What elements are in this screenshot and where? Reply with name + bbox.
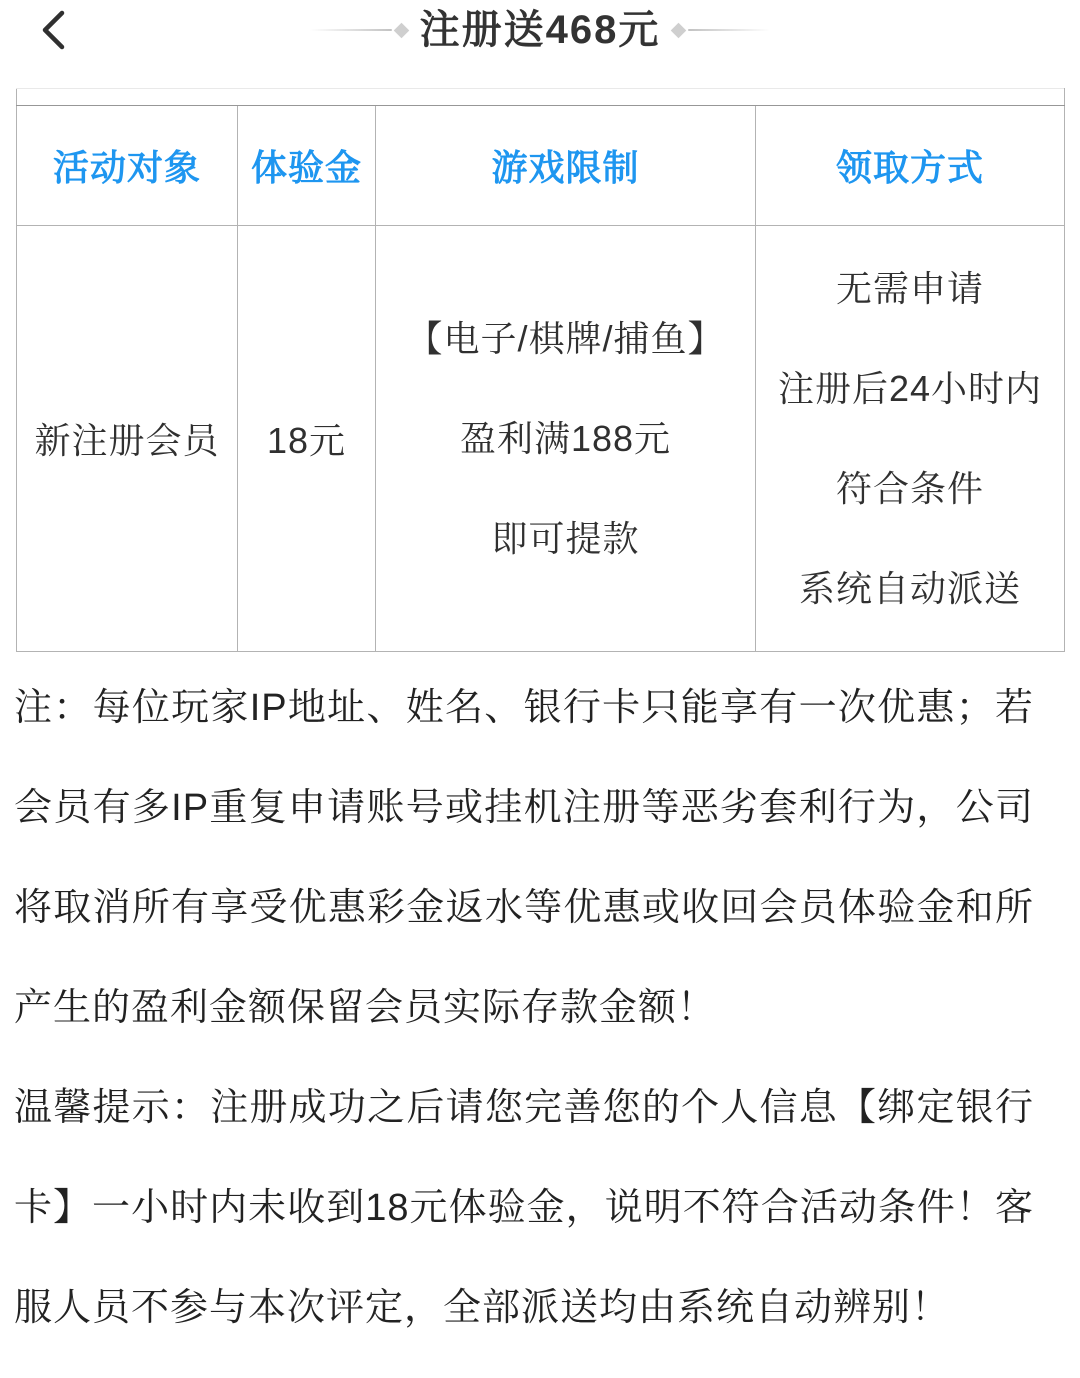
game-limit-line: 盈利满188元 [376, 389, 755, 489]
diamond-icon [671, 22, 687, 38]
promo-table: 活动对象 体验金 游戏限制 领取方式 新注册会员 18元 【电子/棋牌/捕鱼】 … [16, 88, 1065, 652]
col-header-bonus: 体验金 [238, 106, 376, 226]
note-paragraph-rules: 注：每位玩家IP地址、姓名、银行卡只能享有一次优惠；若会员有多IP重复申请账号或… [14, 658, 1034, 1058]
claim-line: 系统自动派送 [756, 539, 1064, 639]
back-button[interactable] [26, 0, 80, 60]
ornament-line [310, 29, 392, 31]
game-limit-line: 即可提款 [376, 489, 755, 589]
col-header-claim-method: 领取方式 [756, 106, 1065, 226]
table-row: 新注册会员 18元 【电子/棋牌/捕鱼】 盈利满188元 即可提款 无需申请 注… [17, 226, 1065, 652]
claim-line: 符合条件 [756, 439, 1064, 539]
table-spacer-row [17, 89, 1065, 106]
chevron-left-icon [40, 9, 66, 51]
col-header-game-limit: 游戏限制 [376, 106, 756, 226]
notes-section: 注：每位玩家IP地址、姓名、银行卡只能享有一次优惠；若会员有多IP重复申请账号或… [14, 658, 1034, 1358]
diamond-icon [393, 22, 409, 38]
cell-bonus: 18元 [238, 226, 376, 652]
table-header-row: 活动对象 体验金 游戏限制 领取方式 [17, 106, 1065, 226]
page-header: 注册送468元 [0, 0, 1080, 88]
note-paragraph-reminder: 温馨提示：注册成功之后请您完善您的个人信息【绑定银行卡】一小时内未收到18元体验… [14, 1058, 1034, 1358]
title-row: 注册送468元 [0, 0, 1080, 56]
game-limit-line: 【电子/棋牌/捕鱼】 [376, 289, 755, 389]
col-header-audience: 活动对象 [17, 106, 238, 226]
claim-line: 无需申请 [756, 239, 1064, 339]
ornament-line [688, 29, 770, 31]
cell-game-limit: 【电子/棋牌/捕鱼】 盈利满188元 即可提款 [376, 226, 756, 652]
cell-audience: 新注册会员 [17, 226, 238, 652]
table-spacer-cell [17, 89, 1065, 106]
title-right-ornament [673, 25, 770, 36]
cell-claim-method: 无需申请 注册后24小时内 符合条件 系统自动派送 [756, 226, 1065, 652]
claim-line: 注册后24小时内 [756, 339, 1064, 439]
title-left-ornament [310, 25, 407, 36]
page-title: 注册送468元 [420, 4, 661, 56]
